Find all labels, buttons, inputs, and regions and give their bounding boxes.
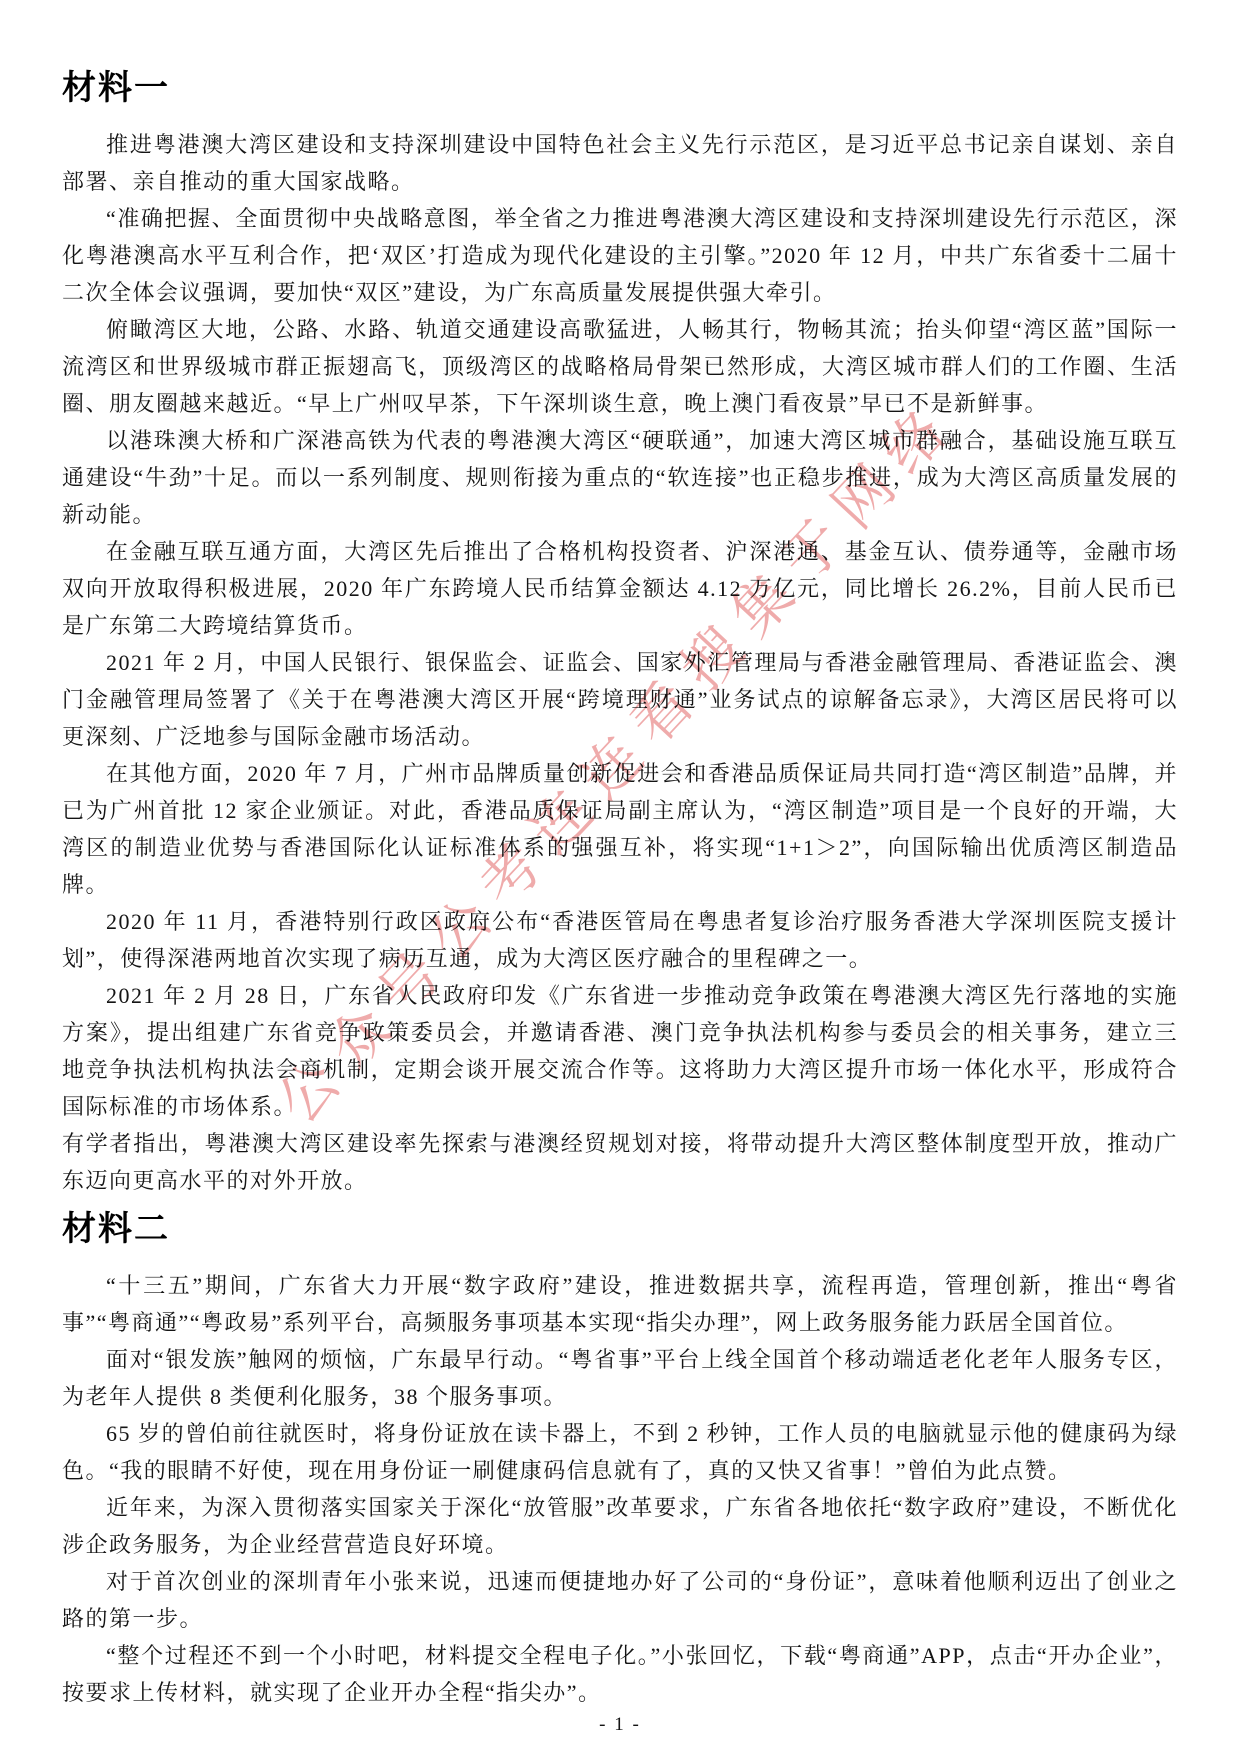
material-1-paragraph-10: 有学者指出，粤港澳大湾区建设率先探索与港澳经贸规划对接，将带动提升大湾区整体制度… <box>62 1125 1178 1199</box>
material-1-paragraph-5: 在金融互联互通方面，大湾区先后推出了合格机构投资者、沪深港通、基金互认、债券通等… <box>62 533 1178 644</box>
page-number: - 1 - <box>0 1714 1240 1736</box>
material-2-paragraph-4: 近年来，为深入贯彻落实国家关于深化“放管服”改革要求，广东省各地依托“数字政府”… <box>62 1489 1178 1563</box>
material-2-paragraph-6: “整个过程还不到一个小时吧，材料提交全程电子化。”小张回忆，下载“粤商通”APP… <box>62 1637 1178 1711</box>
material-1-paragraph-7: 在其他方面，2020 年 7 月，广州市品牌质量创新促进会和香港品质保证局共同打… <box>62 755 1178 903</box>
material-1-paragraph-9: 2021 年 2 月 28 日，广东省人民政府印发《广东省进一步推动竞争政策在粤… <box>62 977 1178 1125</box>
material-1-paragraph-8: 2020 年 11 月，香港特别行政区政府公布“香港医管局在粤患者复诊治疗服务香… <box>62 903 1178 977</box>
material-1-paragraph-1: 推进粤港澳大湾区建设和支持深圳建设中国特色社会主义先行示范区，是习近平总书记亲自… <box>62 126 1178 200</box>
document-content: 材料一 推进粤港澳大湾区建设和支持深圳建设中国特色社会主义先行示范区，是习近平总… <box>62 70 1178 1711</box>
material-1-paragraph-6: 2021 年 2 月，中国人民银行、银保监会、证监会、国家外汇管理局与香港金融管… <box>62 644 1178 755</box>
material-1-paragraph-2: “准确把握、全面贯彻中央战略意图，举全省之力推进粤港澳大湾区建设和支持深圳建设先… <box>62 200 1178 311</box>
material-2-paragraph-2: 面对“银发族”触网的烦恼，广东最早行动。“粤省事”平台上线全国首个移动端适老化老… <box>62 1341 1178 1415</box>
document-page: 公众号公考连连看搜集于网络 材料一 推进粤港澳大湾区建设和支持深圳建设中国特色社… <box>0 0 1240 1754</box>
material-2-paragraph-3: 65 岁的曾伯前往就医时，将身份证放在读卡器上，不到 2 秒钟，工作人员的电脑就… <box>62 1415 1178 1489</box>
section-heading-material-1: 材料一 <box>62 70 1178 106</box>
material-2-paragraph-1: “十三五”期间，广东省大力开展“数字政府”建设，推进数据共享，流程再造，管理创新… <box>62 1267 1178 1341</box>
material-1-paragraph-3: 俯瞰湾区大地，公路、水路、轨道交通建设高歌猛进，人畅其行，物畅其流；抬头仰望“湾… <box>62 311 1178 422</box>
material-1-paragraph-4: 以港珠澳大桥和广深港高铁为代表的粤港澳大湾区“硬联通”，加速大湾区城市群融合，基… <box>62 422 1178 533</box>
material-2-paragraph-5: 对于首次创业的深圳青年小张来说，迅速而便捷地办好了公司的“身份证”，意味着他顺利… <box>62 1563 1178 1637</box>
section-heading-material-2: 材料二 <box>62 1211 1178 1247</box>
